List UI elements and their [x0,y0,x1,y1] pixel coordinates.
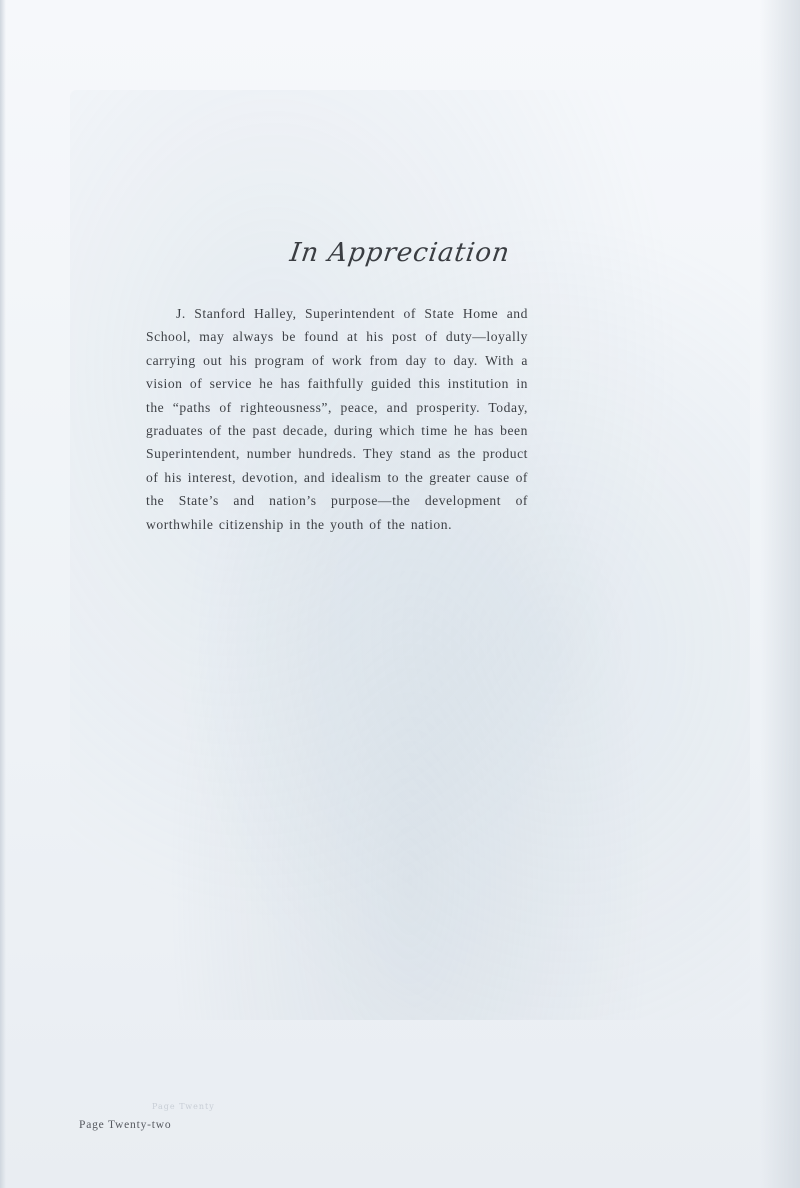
appreciation-paragraph: J. Stanford Halley, Superintendent of St… [146,302,528,536]
page-title: In Appreciation [0,238,800,268]
page-binding-shadow [0,0,6,1188]
bleed-through-illustration [70,90,750,1020]
page-number: Page Twenty-two [79,1119,171,1131]
page-edge-shadow [760,0,800,1188]
bleed-through-page-label: Page Twenty [152,1102,215,1111]
scanned-page: In Appreciation J. Stanford Halley, Supe… [0,0,800,1188]
